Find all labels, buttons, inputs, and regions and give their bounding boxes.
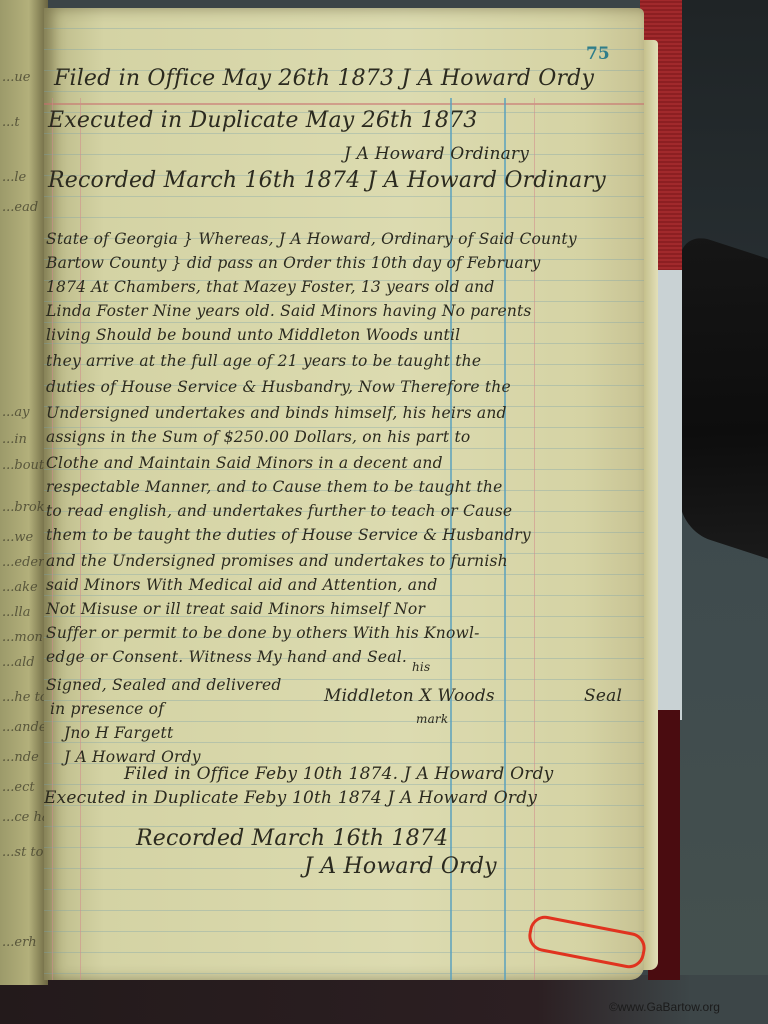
body-line: them to be taught the duties of House Se… bbox=[46, 526, 531, 544]
body-line: Bartow County } did pass an Order this 1… bbox=[46, 254, 540, 272]
body-line: to read english, and undertakes further … bbox=[46, 502, 512, 520]
his-mark-label: his bbox=[412, 660, 430, 674]
body-line: they arrive at the full age of 21 years … bbox=[46, 352, 481, 370]
filed-entry: Filed in Office May 26th 1873 J A Howard… bbox=[54, 66, 594, 91]
left-page-fragment: ...ead bbox=[2, 200, 38, 215]
chair-arm bbox=[680, 230, 768, 566]
body-line: respectable Manner, and to Cause them to… bbox=[46, 478, 503, 496]
left-page-fragment: ...in bbox=[2, 432, 27, 447]
mark-label: mark bbox=[416, 712, 448, 726]
page-number: 75 bbox=[586, 44, 610, 64]
body-line: assigns in the Sum of $250.00 Dollars, o… bbox=[46, 428, 470, 446]
body-line: and the Undersigned promises and underta… bbox=[46, 552, 508, 570]
seal-label: Seal bbox=[584, 686, 622, 706]
footer-recorded-signature: J A Howard Ordy bbox=[304, 854, 497, 879]
witness-1: Jno H Fargett bbox=[64, 724, 173, 742]
left-page-fragment: ...nde bbox=[2, 750, 39, 765]
left-page-fragment: ...bout bbox=[2, 458, 44, 473]
left-page-fragment: ...ande bbox=[2, 720, 47, 735]
left-page-fragment: ...he to bbox=[2, 690, 48, 705]
left-page-fragment: ...ect bbox=[2, 780, 35, 795]
body-line: 1874 At Chambers, that Mazey Foster, 13 … bbox=[46, 278, 494, 296]
executed-entry: Executed in Duplicate May 26th 1873 bbox=[48, 108, 477, 133]
footer-recorded: Recorded March 16th 1874 bbox=[136, 826, 448, 851]
signer-signature: Middleton X Woods bbox=[324, 686, 495, 706]
footer-executed: Executed in Duplicate Feby 10th 1874 J A… bbox=[44, 788, 537, 808]
body-line: living Should be bound unto Middleton Wo… bbox=[46, 326, 460, 344]
presence-line: in presence of bbox=[50, 700, 164, 718]
book-cover-white bbox=[655, 270, 682, 720]
left-page-fragment: ...ce ha bbox=[2, 810, 50, 825]
left-page-fragment: ...ald bbox=[2, 655, 35, 670]
left-page-edge: ...ue ...t ...le ...ead ...ay ...in ...b… bbox=[0, 0, 48, 985]
left-page-fragment: ...ue bbox=[2, 70, 30, 85]
left-page-fragment: ...we bbox=[2, 530, 33, 545]
left-page-fragment: ...t bbox=[2, 115, 20, 130]
body-line: edge or Consent. Witness My hand and Sea… bbox=[46, 648, 407, 666]
watermark: ©www.GaBartow.org bbox=[609, 1000, 720, 1014]
left-page-fragment: ...eder bbox=[2, 555, 44, 570]
body-line: said Minors With Medical aid and Attenti… bbox=[46, 576, 437, 594]
ledger-page: Filed in Office May 26th 1873 J A Howard… bbox=[44, 8, 644, 980]
left-page-fragment: ...mon bbox=[2, 630, 43, 645]
left-page-fragment: ...le bbox=[2, 170, 26, 185]
body-line: Undersigned undertakes and binds himself… bbox=[46, 404, 507, 422]
left-page-fragment: ...lla bbox=[2, 605, 30, 620]
body-line: duties of House Service & Husbandry, Now… bbox=[46, 378, 511, 396]
left-page-fragment: ...ake bbox=[2, 580, 38, 595]
body-line: Suffer or permit to be done by others Wi… bbox=[46, 624, 480, 642]
left-page-fragment: ...st to bbox=[2, 845, 43, 860]
recorded-entry: Recorded March 16th 1874 J A Howard Ordi… bbox=[48, 168, 606, 193]
body-line: Linda Foster Nine years old. Said Minors… bbox=[46, 302, 532, 320]
left-page-fragment: ...ay bbox=[2, 405, 30, 420]
signed-sealed-line: Signed, Sealed and delivered bbox=[46, 676, 282, 694]
ordinary-note: J A Howard Ordinary bbox=[344, 144, 529, 164]
body-line: Not Misuse or ill treat said Minors hims… bbox=[46, 600, 425, 618]
body-line: State of Georgia } Whereas, J A Howard, … bbox=[46, 230, 577, 248]
header-rule bbox=[44, 103, 644, 105]
left-page-fragment: ...erh bbox=[2, 935, 37, 950]
footer-filed: Filed in Office Feby 10th 1874. J A Howa… bbox=[124, 764, 553, 784]
body-line: Clothe and Maintain Said Minors in a dec… bbox=[46, 454, 443, 472]
